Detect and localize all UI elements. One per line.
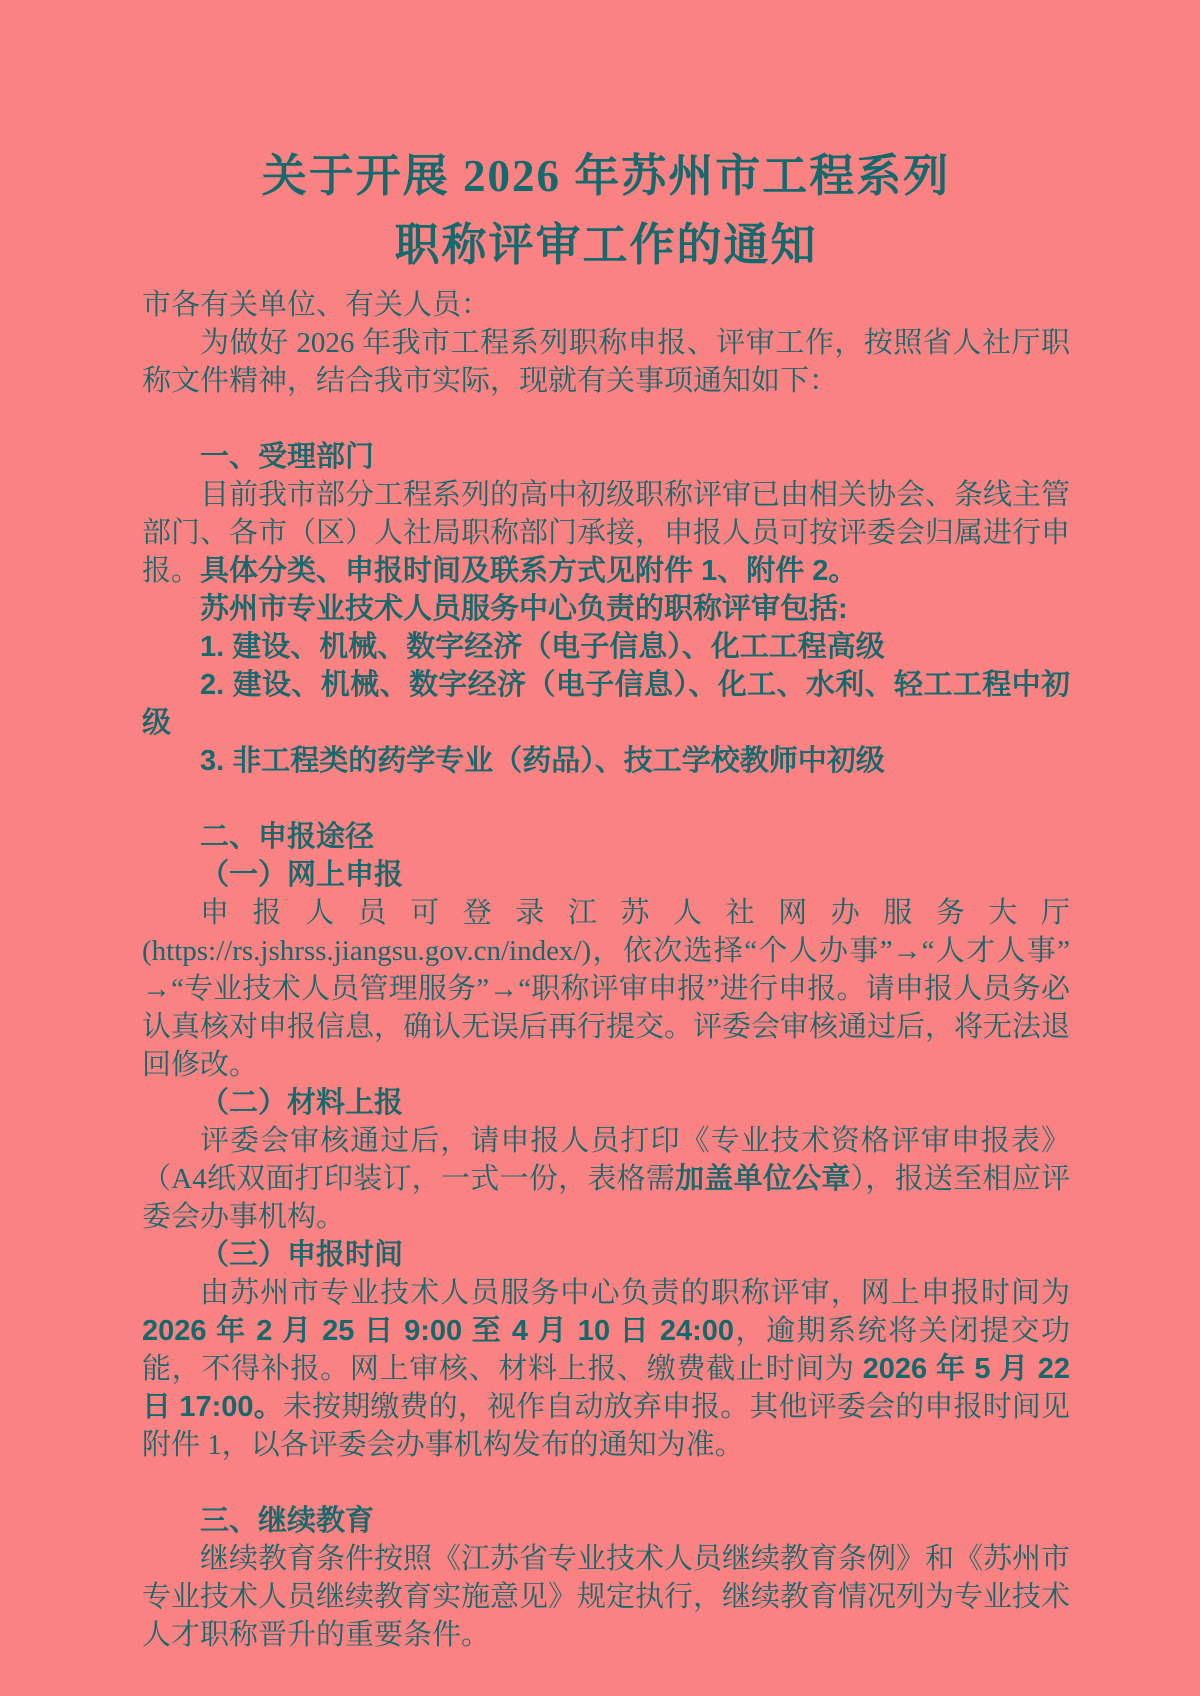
section-1-lead: 苏州市专业技术人员服务中心负责的职称评审包括: bbox=[142, 590, 1070, 628]
section-1-paragraph: 目前我市部分工程系列的高中初级职称评审已由相关协会、条线主管部门、各市（区）人社… bbox=[142, 476, 1070, 590]
notice-page: 关于开展 2026 年苏州市工程系列 职称评审工作的通知 市各有关单位、有关人员… bbox=[0, 0, 1200, 1696]
section-3-paragraph: 继续教育条件按照《江苏省专业技术人员继续教育条例》和《苏州市专业技术人员继续教育… bbox=[142, 1540, 1070, 1654]
section-2-sub-3-paragraph: 由苏州市专业技术人员服务中心负责的职称评审，网上申报时间为 2026 年 2 月… bbox=[142, 1274, 1070, 1464]
section-1-item-2: 2. 建设、机械、数字经济（电子信息）、化工、水利、轻工工程中初级 bbox=[142, 666, 1070, 742]
section-1-heading: 一、受理部门 bbox=[142, 438, 1070, 476]
sub-3-run-regular-1: 由苏州市专业技术人员服务中心负责的职称评审，网上申报时间为 bbox=[200, 1277, 1070, 1309]
notice-title: 关于开展 2026 年苏州市工程系列 职称评审工作的通知 bbox=[142, 142, 1070, 280]
blank-line bbox=[142, 1464, 1070, 1502]
title-line-2: 职称评审工作的通知 bbox=[142, 211, 1070, 280]
blank-line bbox=[142, 400, 1070, 438]
sub-3-run-bold-start-deadline: 2026 年 2 月 25 日 9:00 至 4 月 10 日 24:00 bbox=[142, 1315, 734, 1347]
section-3-heading: 三、继续教育 bbox=[142, 1502, 1070, 1540]
section-2-sub-3-heading: （三）申报时间 bbox=[142, 1236, 1070, 1274]
title-line-1: 关于开展 2026 年苏州市工程系列 bbox=[142, 142, 1070, 211]
intro-paragraph: 为做好 2026 年我市工程系列职称申报、评审工作，按照省人社厅职称文件精神，结… bbox=[142, 324, 1070, 400]
section-1-item-1: 1. 建设、机械、数字经济（电子信息）、化工工程高级 bbox=[142, 628, 1070, 666]
section-2-sub-1-heading: （一）网上申报 bbox=[142, 856, 1070, 894]
blank-line bbox=[142, 780, 1070, 818]
sub-2-run-bold: 加盖单位公章 bbox=[675, 1163, 851, 1195]
section-1-item-3: 3. 非工程类的药学专业（药品）、技工学校教师中初级 bbox=[142, 742, 1070, 780]
section-2-sub-2-heading: （二）材料上报 bbox=[142, 1084, 1070, 1122]
section-2-sub-2-paragraph: 评委会审核通过后，请申报人员打印《专业技术资格评审申报表》（A4纸双面打印装订，… bbox=[142, 1122, 1070, 1236]
notice-body: 市各有关单位、有关人员： 为做好 2026 年我市工程系列职称申报、评审工作，按… bbox=[142, 286, 1070, 1654]
section-2-heading: 二、申报途径 bbox=[142, 818, 1070, 856]
section-2-sub-1-paragraph: 申报人员可登录江苏人社网办服务大厅 (https://rs.jshrss.jia… bbox=[142, 894, 1070, 1084]
salutation: 市各有关单位、有关人员： bbox=[142, 286, 1070, 324]
section-1-paragraph-bold: 具体分类、申报时间及联系方式见附件 1、附件 2。 bbox=[200, 555, 857, 587]
